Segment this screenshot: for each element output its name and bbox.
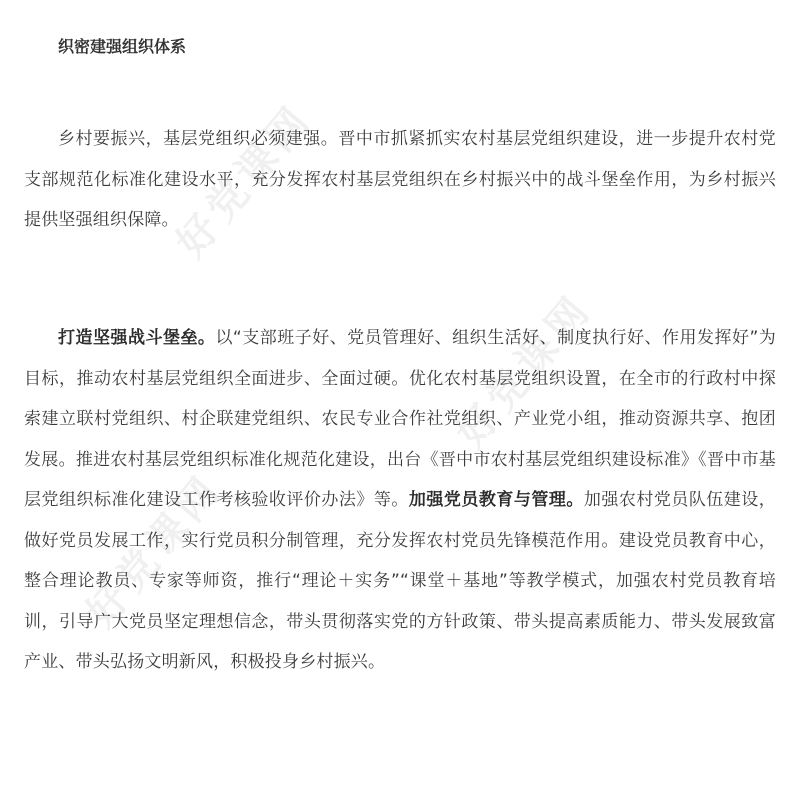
section-title: 织密建强组织体系 [58,34,186,57]
intro-paragraph: 乡村要振兴，基层党组织必须建强。晋中市抓紧抓实农村基层党组织建设，进一步提升农村… [24,119,776,241]
body-paragraph: 打造坚强战斗堡垒。以“支部班子好、党员管理好、组织生活好、制度执行好、作用发挥好… [24,318,776,683]
paragraph-text: 以“支部班子好、党员管理好、组织生活好、制度执行好、作用发挥好”为目标，推动农村… [24,328,776,510]
paragraph-text: 乡村要振兴，基层党组织必须建强。晋中市抓紧抓实农村基层党组织建设，进一步提升农村… [24,129,776,230]
subheading-education: 加强党员教育与管理。 [409,490,584,510]
paragraph-text: 加强农村党员队伍建设，做好党员发展工作，实行党员积分制管理，充分发挥农村党员先锋… [24,490,776,672]
subheading-fortress: 打造坚强战斗堡垒。 [58,328,215,348]
